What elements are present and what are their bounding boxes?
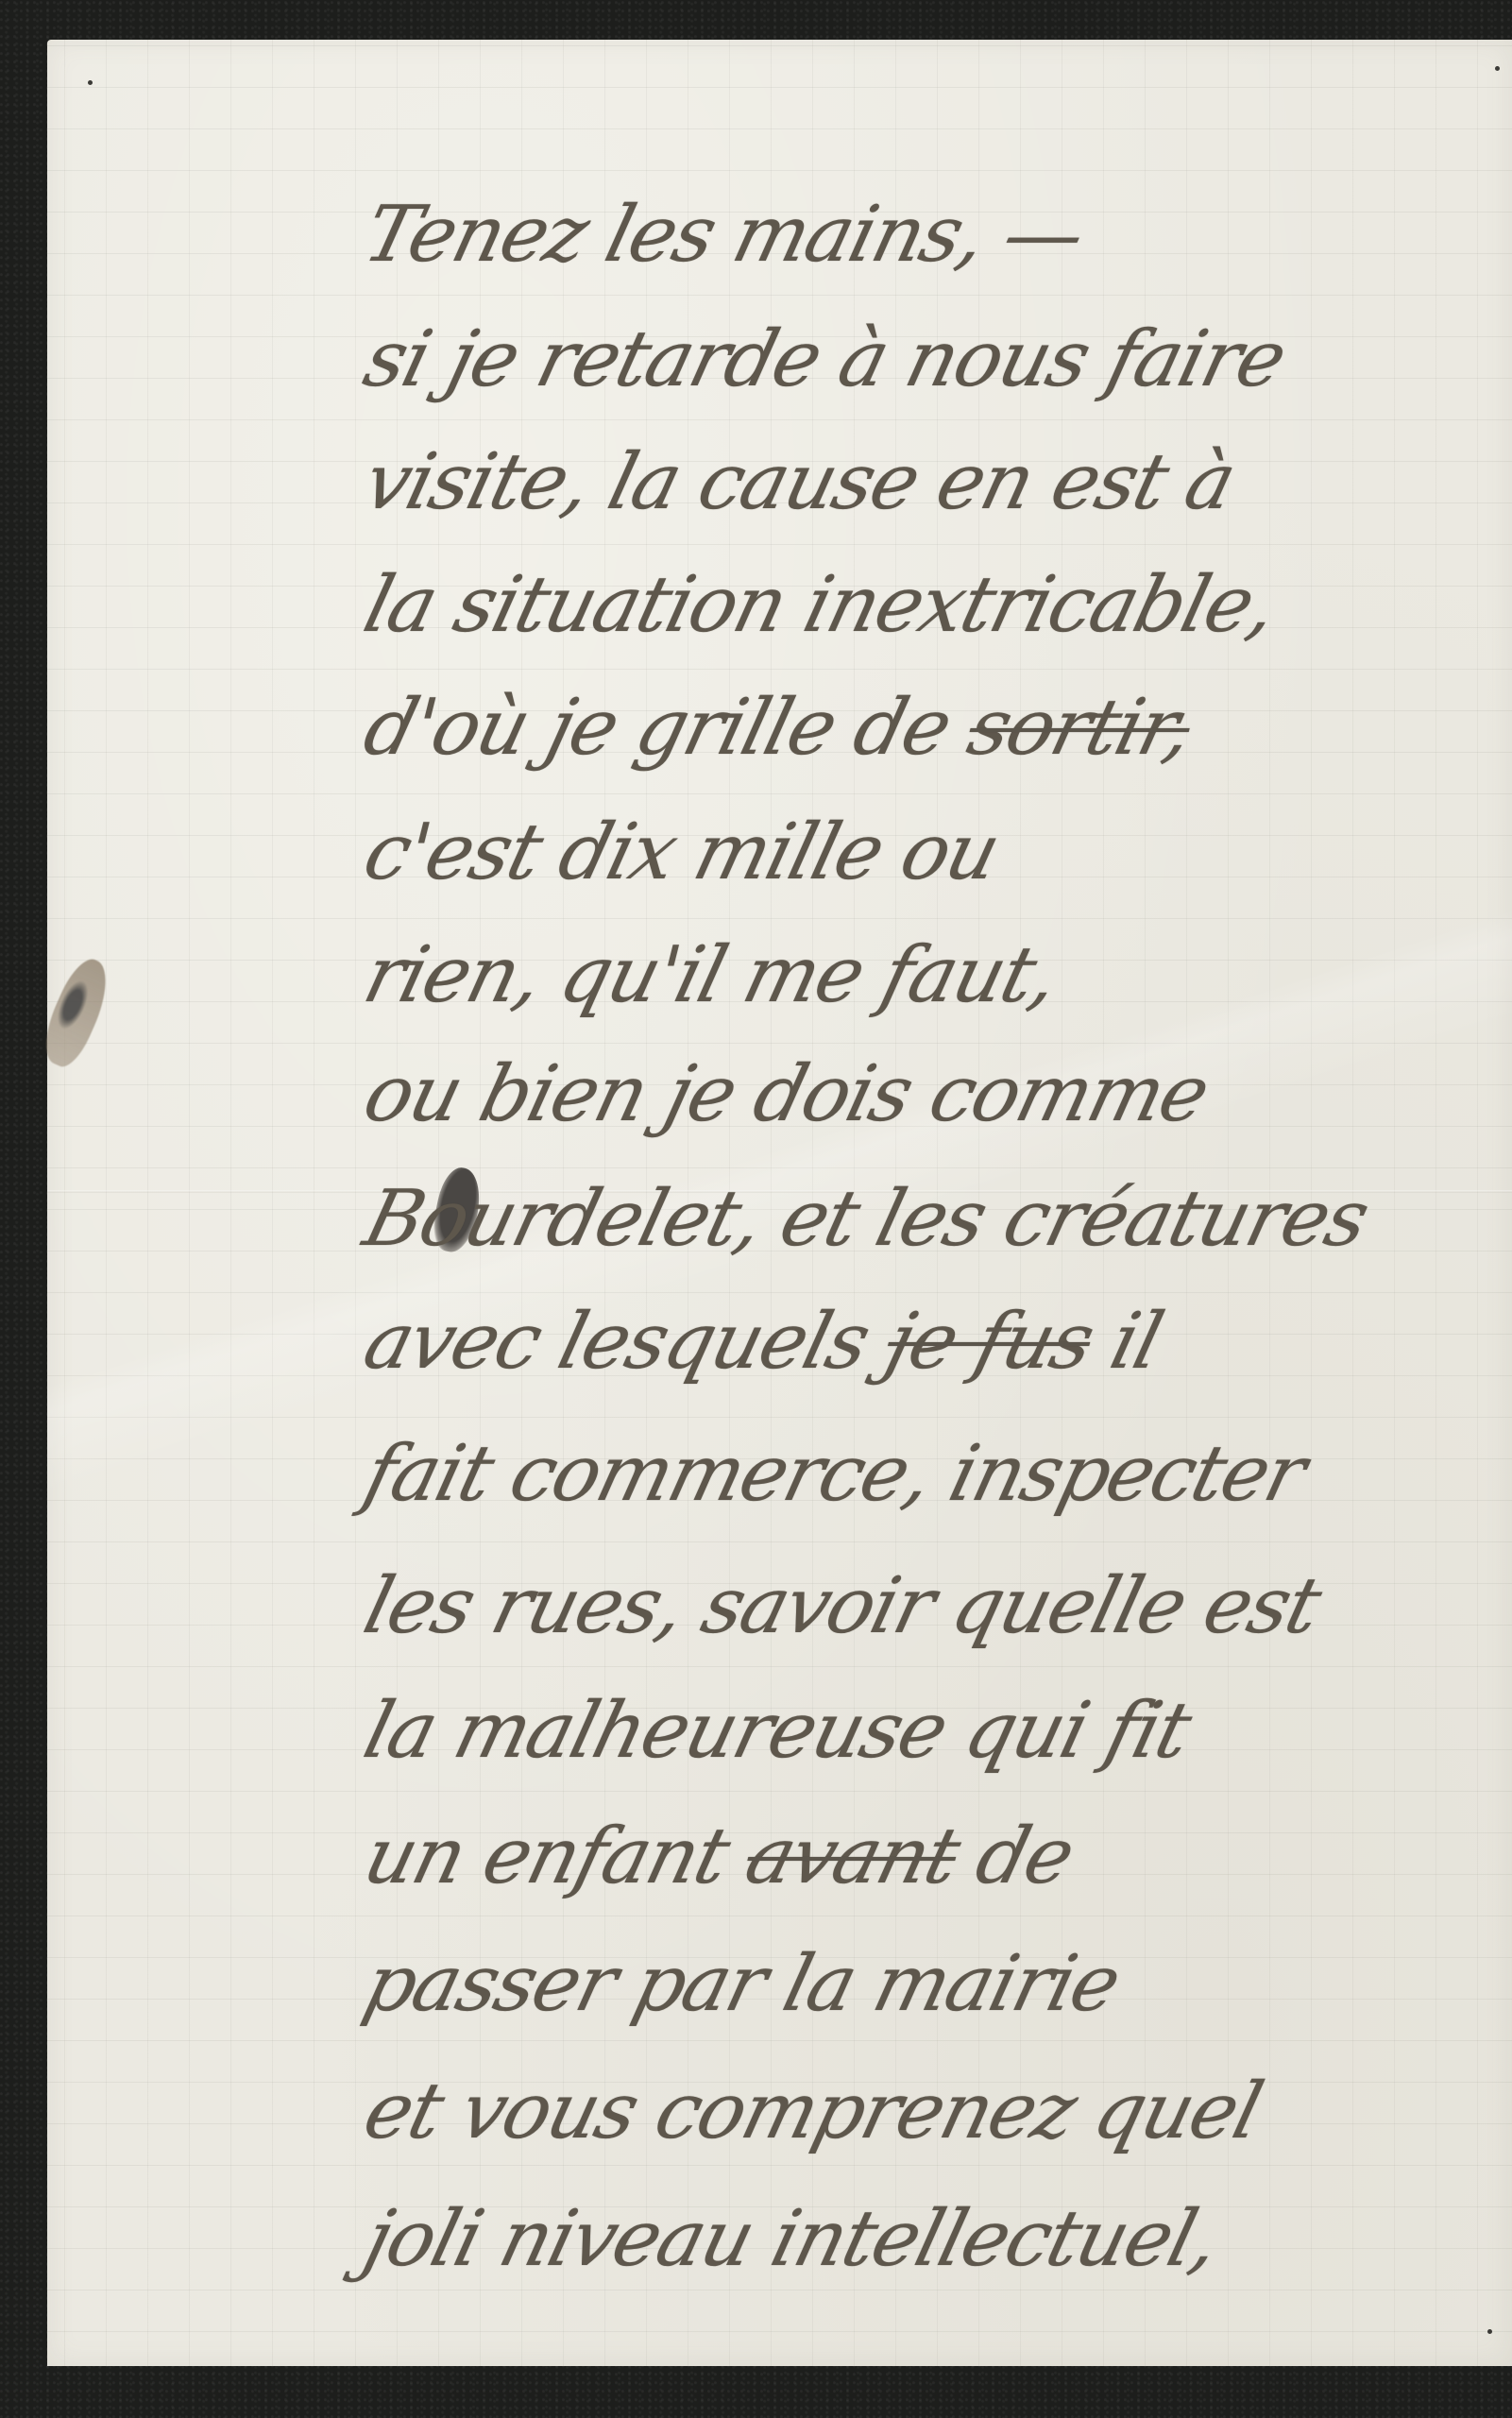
text-line-12: les rues, savoir quelle est (357, 1568, 1490, 1645)
text-line-7: rien, qu'il me faut, (357, 937, 1490, 1014)
text-line-4: la situation inextricable, (357, 567, 1490, 644)
text-line-2: si je retarde à nous faire (357, 321, 1490, 399)
text-line-9: Bourdelet, et les créatures (357, 1181, 1490, 1258)
text-line-13: la malheureuse qui fit (357, 1693, 1490, 1770)
struck-word: je fus (877, 1297, 1101, 1387)
text-line-10: avec lesquels je fus il (357, 1303, 1490, 1381)
text-line-1: Tenez les mains, — (357, 196, 1490, 274)
struck-word: avant (738, 1812, 968, 1901)
text-line-6: c'est dix mille ou (357, 814, 1490, 892)
struck-word: sortir, (960, 683, 1201, 773)
text-line-17: joli niveau intellectuel, (357, 2201, 1490, 2278)
text-line-5: d'où je grille de sortir, (357, 690, 1490, 767)
text-line-11: fait commerce, inspecter (357, 1436, 1490, 1513)
text-line-15: passer par la mairie (357, 1946, 1490, 2023)
text-line-14: un enfant avant de (357, 1818, 1490, 1896)
text-line-16: et vous comprenez quel (357, 2073, 1490, 2151)
text-line-3: visite, la cause en est à (357, 444, 1490, 521)
handwritten-text: Tenez les mains, — si je retarde à nous … (0, 0, 1512, 2418)
text-line-8: ou bien je dois comme (357, 1056, 1490, 1133)
